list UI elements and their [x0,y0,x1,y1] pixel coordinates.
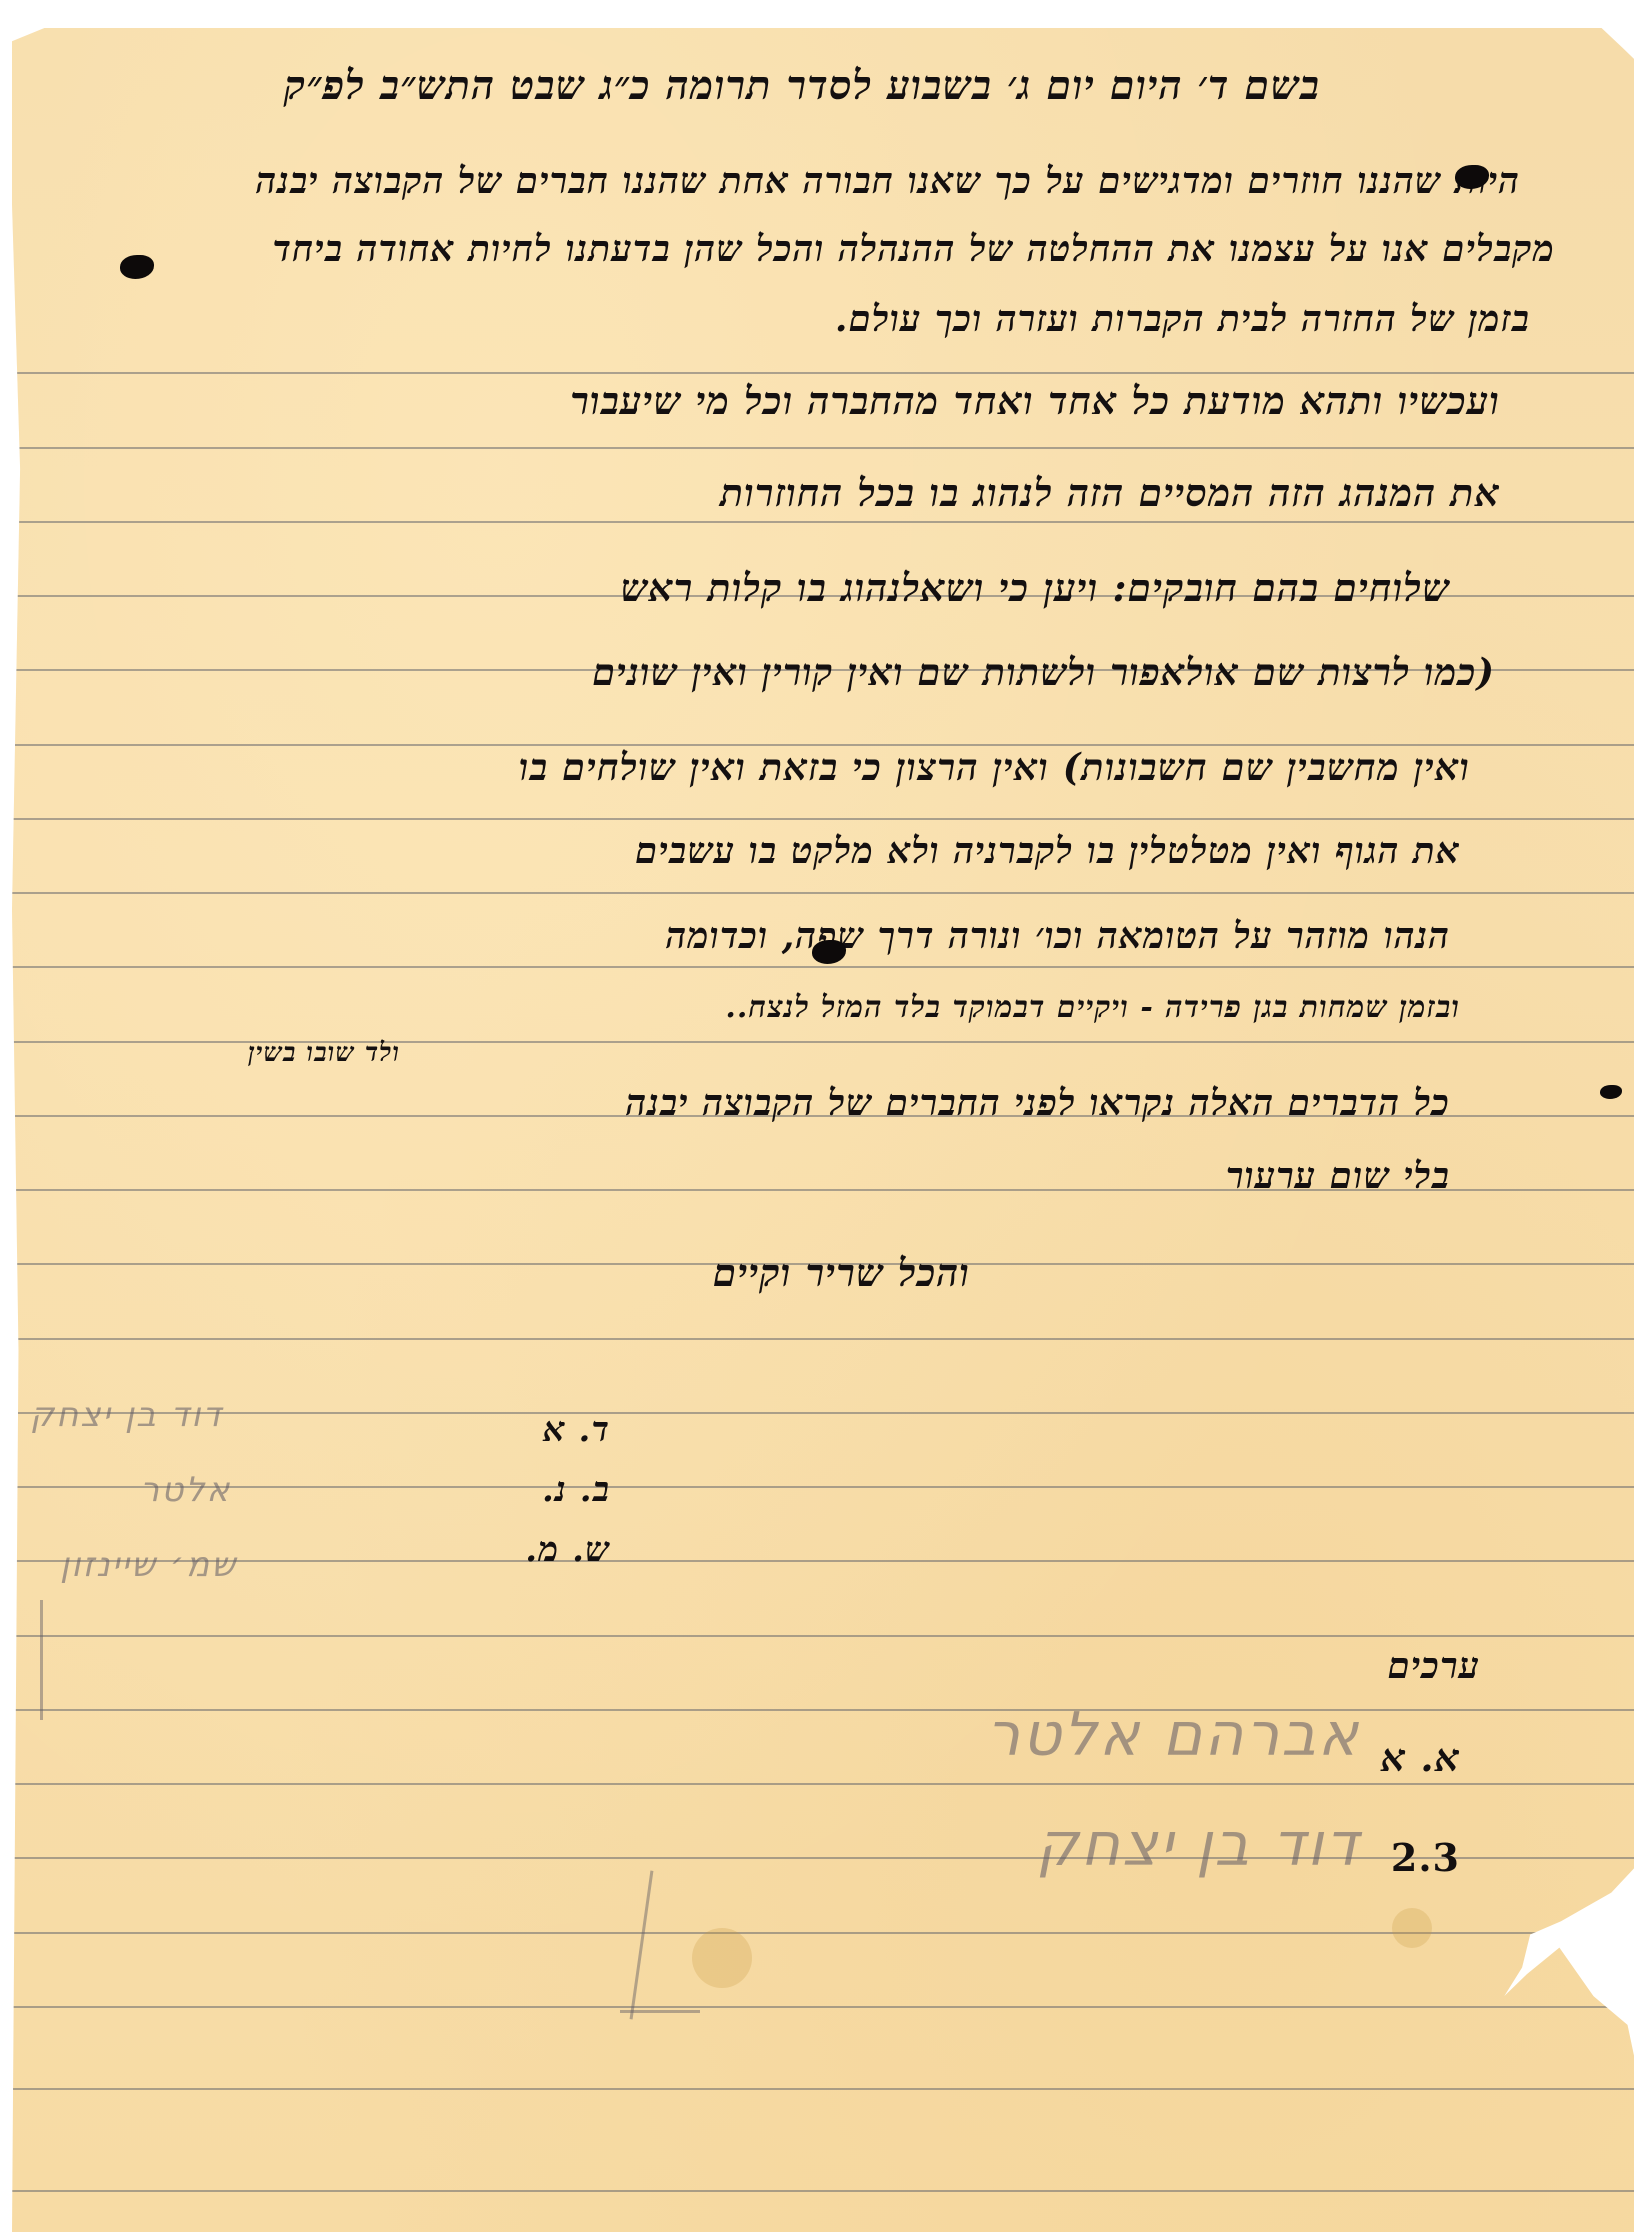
body-line-13: כל הדברים האלה נקראו לפני החברים של הקבו… [626,1082,1451,1124]
ink-initials-1: ד. א [543,1410,610,1450]
ruled-line [12,2190,1634,2192]
body-line-12: ולד שובו בשין [248,1038,400,1068]
ruled-line [12,1783,1634,1785]
witness-label: ערכים [1387,1645,1480,1687]
witness-pencil-name-2: דוד בן יצחק [1036,1810,1360,1880]
body-line-8: ואין מחשבין שם חשבונות) ואין הרצון כי בז… [519,745,1470,790]
ruled-line [12,892,1634,894]
ink-initials-3: ש. מ. [525,1530,610,1570]
body-line-14: בלי שום ערעור [1226,1155,1450,1197]
body-line-9: את הגוף ואין מטלטלין בו לקברניה ולא מלקט… [635,830,1460,872]
pencil-signature-1: דוד בן יצחק [30,1395,223,1435]
ruled-line [12,2088,1634,2090]
ruled-line [12,818,1634,820]
paper-stain [692,1928,752,1988]
body-line-6: שלוחים בהם חובקים: ויען כי ושאלנהוג בו ק… [620,565,1450,611]
ruled-line [12,1338,1634,1340]
ruled-line [12,1709,1634,1711]
witness-initials-1: א. א [1381,1735,1460,1781]
body-line-4: ועכשיו ותהא מודעת כל אחד ואחד מהחברה וכל… [570,378,1500,424]
ruled-line [12,1932,1634,1934]
date-line: בשם ד׳ היום יום ג׳ בשבוע לסדר תרומה כ״ג … [284,62,1320,109]
ruled-line [12,1412,1634,1414]
ruled-line [12,521,1634,523]
pencil-signature-2: אלטר [140,1470,231,1510]
pencil-signature-3: שמ׳ שיינזון [60,1545,237,1585]
body-line-5: את המנהג הזה המסיים הזה לנהוג בו בכל החו… [720,470,1500,516]
ruled-line [12,1635,1634,1637]
ruled-line [12,1486,1634,1488]
closing-line: והכל שריר וקיים [713,1250,970,1296]
ink-initials-2: ב. נ. [542,1470,610,1510]
pencil-stroke [40,1600,43,1720]
body-line-10: הנהו מוזהר על הטומאה וכו׳ ונורה דרך שפה,… [665,915,1450,957]
body-line-3: בזמן של החזרה לבית הקברות ועזרה וכך עולם… [835,298,1530,340]
pencil-stroke [620,2010,700,2013]
ruled-line [12,966,1634,968]
witness-numbers: 2.3 [1391,1835,1460,1880]
ruled-line [12,1560,1634,1562]
body-line-1: היות שהננו חוזרים ומדגישים על כך שאנו חב… [256,160,1520,202]
letter-paper [12,28,1634,2232]
ruled-line [12,2006,1634,2008]
body-line-2: מקבלים אנו על עצמנו את ההחלטה של ההנהלה … [272,228,1555,270]
ruled-line [12,372,1634,374]
ruled-line [12,447,1634,449]
paper-stain [1392,1908,1432,1948]
body-line-11: ובזמן שמחות בגן פרידה - ויקיים דבמוקד בל… [725,990,1460,1025]
body-line-7: (כמו לרצות שם אולאפור ולשתות שם ואין קור… [592,650,1495,695]
witness-pencil-name-1: אברהם אלטר [986,1700,1360,1770]
